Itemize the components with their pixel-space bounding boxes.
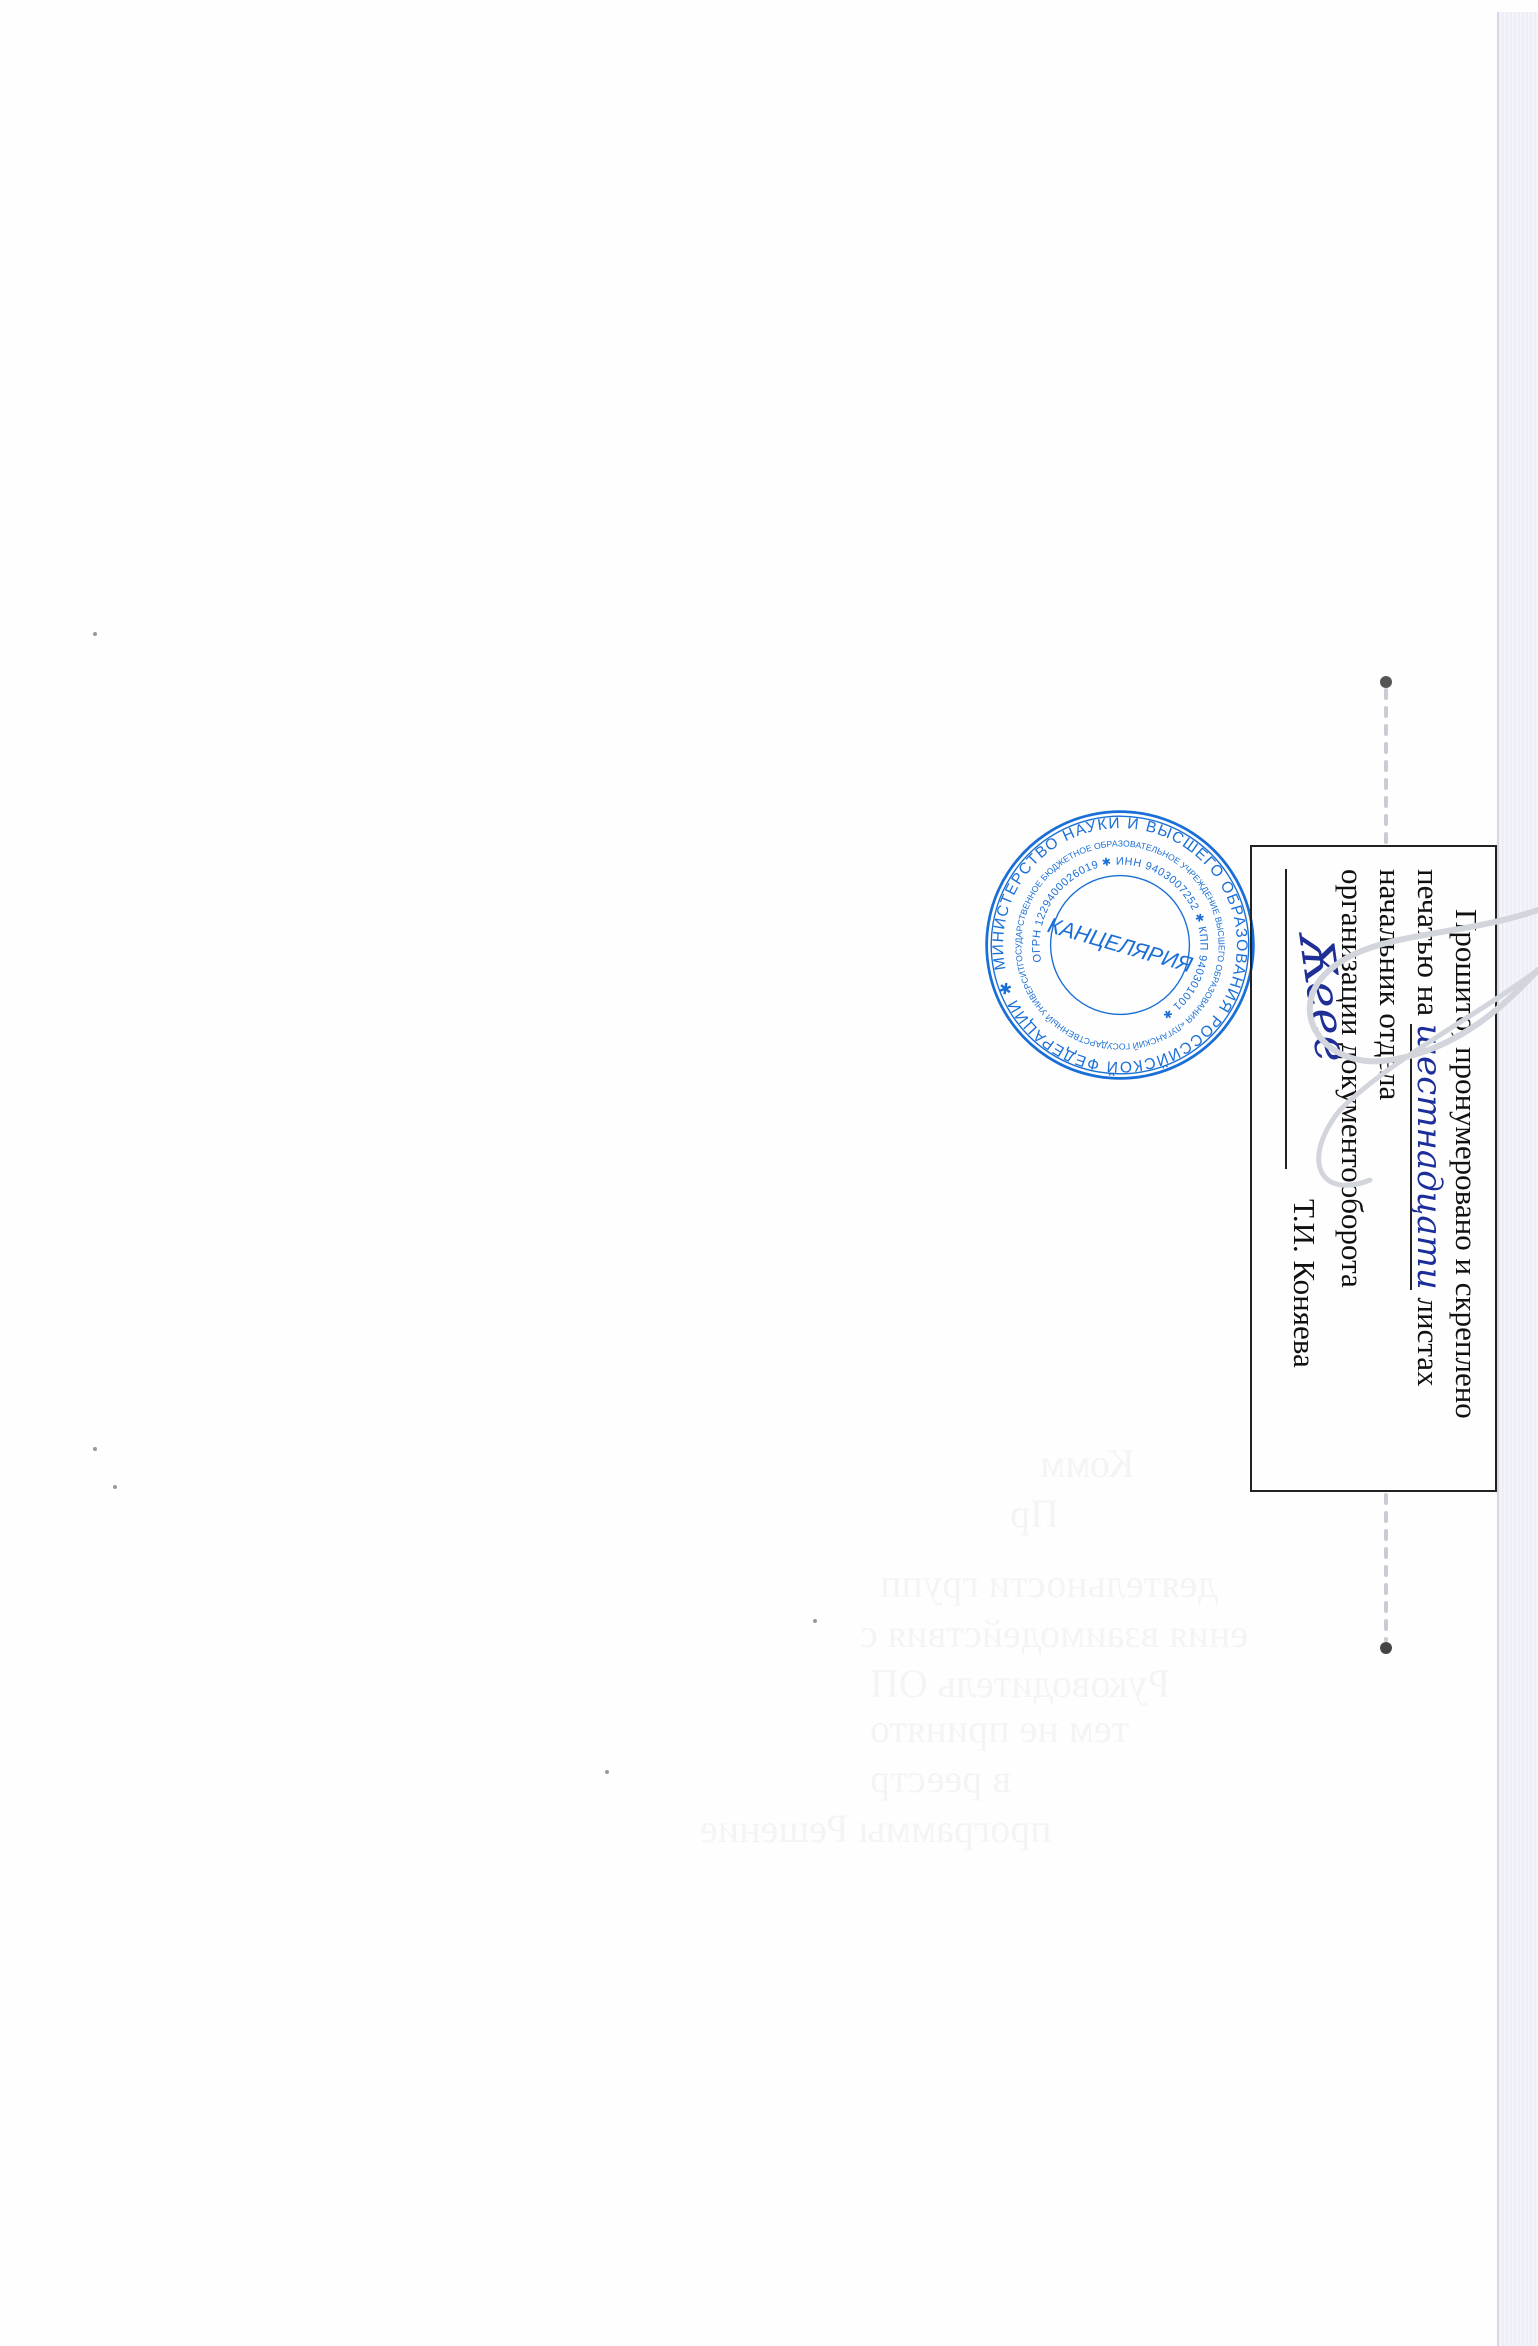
certification-line-2: печатью на шестнадцати листах xyxy=(1409,869,1447,1472)
sheet-count-prefix: печатью на xyxy=(1411,869,1446,1016)
scan-speck xyxy=(93,1447,97,1451)
bleed-through-text: в реестр xyxy=(870,1755,1011,1802)
scan-speck xyxy=(605,1770,609,1774)
stamp-seal-icon: МИНИСТЕРСТВО НАУКИ И ВЫСШЕГО ОБРАЗОВАНИЯ… xyxy=(958,783,1283,1108)
certification-box: Прошито, пронумеровано и скреплено печат… xyxy=(1250,845,1497,1492)
handwritten-sheet-count: шестнадцати xyxy=(1410,1024,1446,1290)
sheet-count-suffix: листах xyxy=(1411,1298,1446,1387)
page-edge-shadow xyxy=(1497,12,1538,2346)
signature-row: Ѫeee Т.И. Коняева xyxy=(1285,869,1323,1472)
certification-line-3: начальник отдела xyxy=(1371,869,1409,1472)
bleed-through-text: тем не принято xyxy=(870,1705,1129,1752)
bleed-through-text: ения взаимодействия с xyxy=(860,1610,1248,1657)
handwritten-signature: Ѫeee xyxy=(1296,927,1352,1064)
scan-speck xyxy=(113,1485,117,1489)
scan-speck xyxy=(93,632,97,636)
office-stamp: МИНИСТЕРСТВО НАУКИ И ВЫСШЕГО ОБРАЗОВАНИЯ… xyxy=(958,783,1283,1108)
svg-text:КАНЦЕЛЯРИЯ: КАНЦЕЛЯРИЯ xyxy=(1045,912,1195,977)
signature-line: Ѫeee xyxy=(1285,869,1317,1169)
scanned-page: Комм Пр деятельности групп ения взаимоде… xyxy=(0,0,1538,2346)
bleed-through-text: Комм xyxy=(1040,1440,1135,1487)
bleed-through-text: программы Решение xyxy=(700,1805,1052,1852)
signatory-name: Т.И. Коняева xyxy=(1285,1199,1323,1368)
certification-line-1: Прошито, пронумеровано и скреплено xyxy=(1447,869,1485,1472)
bleed-through-text: Руководитель ОП xyxy=(870,1660,1170,1707)
certification-text-block: Прошито, пронумеровано и скреплено печат… xyxy=(1252,847,1499,1494)
bleed-through-text: Пр xyxy=(1010,1490,1059,1537)
bleed-through-text: деятельности групп xyxy=(880,1560,1218,1607)
scan-speck xyxy=(813,1619,817,1623)
